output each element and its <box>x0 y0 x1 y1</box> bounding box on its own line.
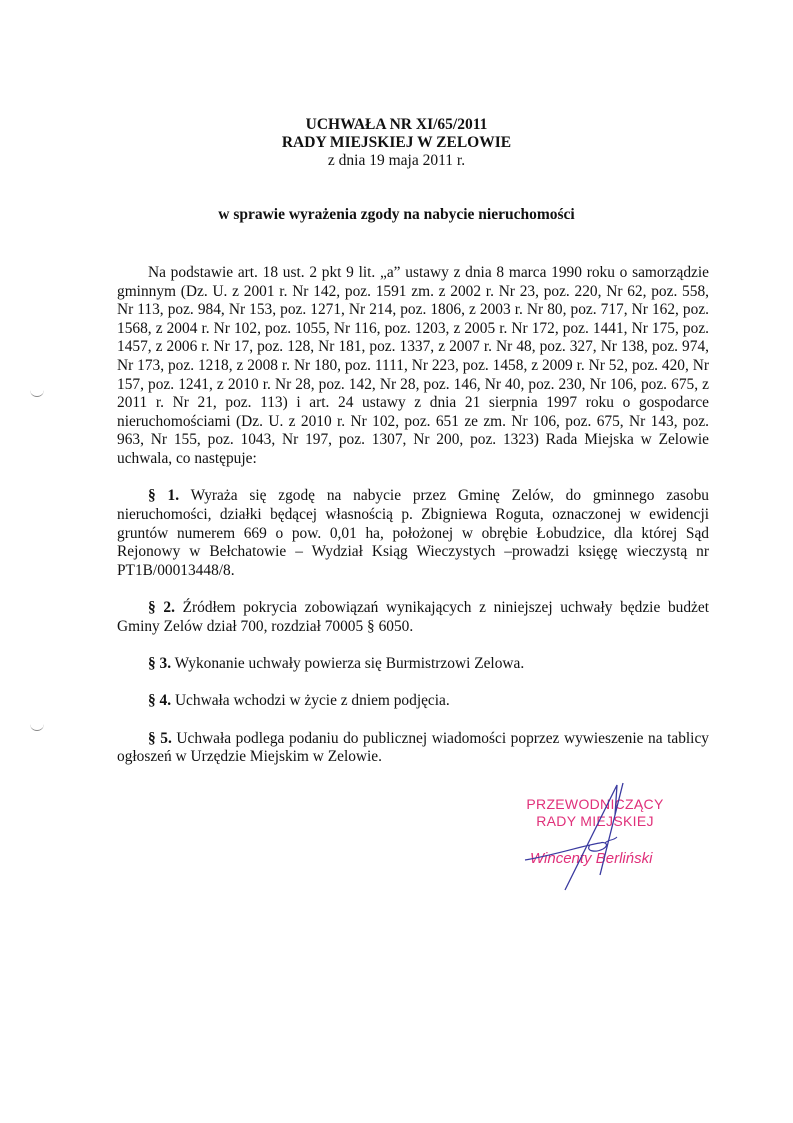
council-name: RADY MIEJSKIEJ W ZELOWIE <box>0 134 793 152</box>
scan-margin-mark <box>30 388 44 397</box>
section-4: § 4. Uchwała wchodzi w życie z dniem pod… <box>117 692 709 711</box>
section-3: § 3. Wykonanie uchwały powierza się Burm… <box>117 655 709 674</box>
stamp-signatory-name: Wincenty Berliński <box>530 850 652 867</box>
section-5: § 5. Uchwała podlega podaniu do publiczn… <box>117 730 709 767</box>
preamble: Na podstawie art. 18 ust. 2 pkt 9 lit. „… <box>117 264 709 469</box>
handwritten-signature <box>505 775 685 895</box>
chairman-stamp: PRZEWODNICZĄCY RADY MIEJSKIEJ <box>520 796 670 830</box>
section-text: Źródłem pokrycia zobowiązań wynikających… <box>117 599 709 635</box>
resolution-date: z dnia 19 maja 2011 r. <box>0 152 793 170</box>
section-text: Uchwała podlega podaniu do publicznej wi… <box>117 730 709 766</box>
section-label: § 4. <box>148 692 171 709</box>
resolution-body: Na podstawie art. 18 ust. 2 pkt 9 lit. „… <box>117 264 709 786</box>
section-label: § 3. <box>148 655 171 672</box>
resolution-number: UCHWAŁA NR XI/65/2011 <box>0 116 793 134</box>
resolution-header: UCHWAŁA NR XI/65/2011 RADY MIEJSKIEJ W Z… <box>0 116 793 170</box>
stamp-line-1: PRZEWODNICZĄCY <box>520 796 670 813</box>
section-label: § 5. <box>148 730 172 747</box>
section-1: § 1. Wyraża się zgodę na nabycie przez G… <box>117 487 709 580</box>
scan-margin-mark <box>30 722 44 731</box>
stamp-line-2: RADY MIEJSKIEJ <box>520 813 670 830</box>
section-label: § 2. <box>148 599 175 616</box>
resolution-subject: w sprawie wyrażenia zgody na nabycie nie… <box>0 206 793 224</box>
section-text: Uchwała wchodzi w życie z dniem podjęcia… <box>171 692 450 709</box>
section-text: Wykonanie uchwały powierza się Burmistrz… <box>171 655 524 672</box>
section-text: Wyraża się zgodę na nabycie przez Gminę … <box>117 487 709 578</box>
section-2: § 2. Źródłem pokrycia zobowiązań wynikaj… <box>117 599 709 636</box>
section-label: § 1. <box>148 487 179 504</box>
